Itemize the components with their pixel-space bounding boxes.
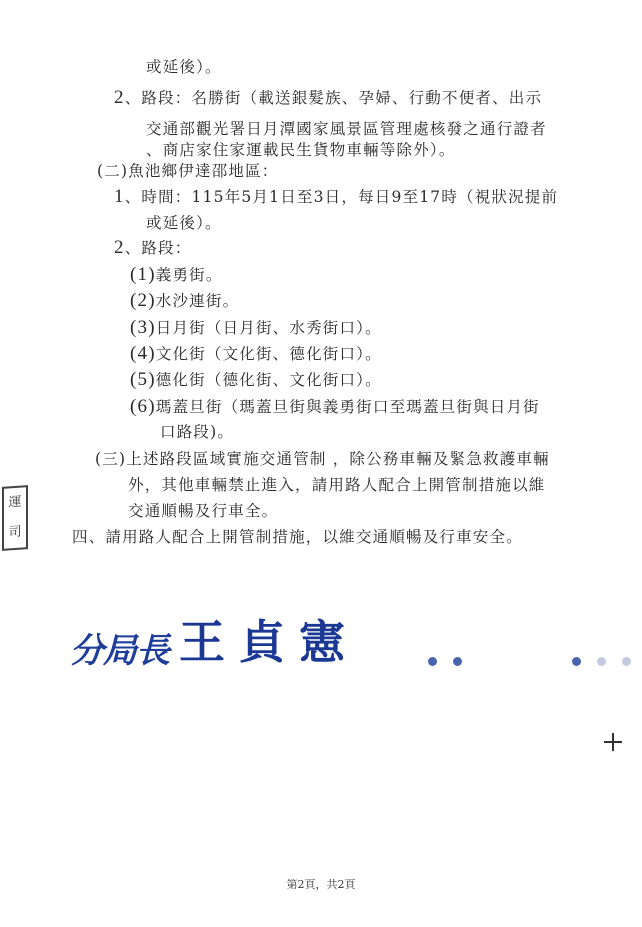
text-line: 口路段)。	[160, 422, 234, 442]
route-item: (1)義勇街。	[130, 265, 223, 285]
signature-block: 分局長 王貞憲	[70, 612, 359, 672]
text-line: 、商店家住家運載民生貨物車輛等除外）。	[146, 140, 456, 160]
text-line: 交通部觀光署日月潭國家風景區管理處核發之通行證者	[146, 119, 547, 139]
ink-dot	[428, 657, 437, 666]
route-item: (5)德化街（德化街、文化街口）。	[130, 370, 382, 390]
seal-dots	[428, 657, 462, 666]
text-line: 外，其他車輛禁止進入，請用路人配合上開管制措施以維	[128, 475, 546, 495]
route-item: (3)日月街（日月街、水秀街口）。	[130, 318, 382, 338]
seal-dots	[572, 657, 631, 666]
item-1-time: 1、時間：115年5月1日至3日，每日9至17時（視狀況提前	[114, 187, 558, 207]
section-heading-2: (二)魚池鄉伊達邵地區：	[97, 161, 279, 181]
route-item: (4)文化街（文化街、德化街口）。	[130, 344, 382, 364]
route-item: (2)水沙連街。	[130, 291, 239, 311]
page-number: 第2頁，共2頁	[0, 876, 642, 892]
signature-title: 分局長	[70, 623, 169, 672]
seal-stamp: 運 司	[2, 485, 28, 551]
item-2-route: 2、路段：	[114, 238, 192, 258]
item-2-route: 2、路段：名勝街（載送銀髮族、孕婦、行動不便者、出示	[114, 88, 542, 108]
ink-dot	[453, 657, 462, 666]
text-line: 交通順暢及行車全。	[128, 501, 278, 521]
ink-dot	[597, 657, 606, 666]
ink-dot	[572, 657, 581, 666]
text-line: 或延後）。	[146, 57, 222, 77]
signature-name: 王貞憲	[179, 606, 359, 672]
text-line: 或延後）。	[146, 213, 222, 233]
section-heading-3: (三)上述路段區域實施交通管制 ，除公務車輛及緊急救護車輛	[95, 449, 550, 469]
route-item: (6)瑪蓋旦街（瑪蓋旦街與義勇街口至瑪蓋旦街與日月街	[130, 397, 540, 417]
section-heading-4: 四、請用路人配合上開管制措施，以維交通順暢及行車安全。	[72, 527, 523, 547]
ink-dot	[622, 657, 631, 666]
crop-mark-icon	[604, 733, 622, 751]
